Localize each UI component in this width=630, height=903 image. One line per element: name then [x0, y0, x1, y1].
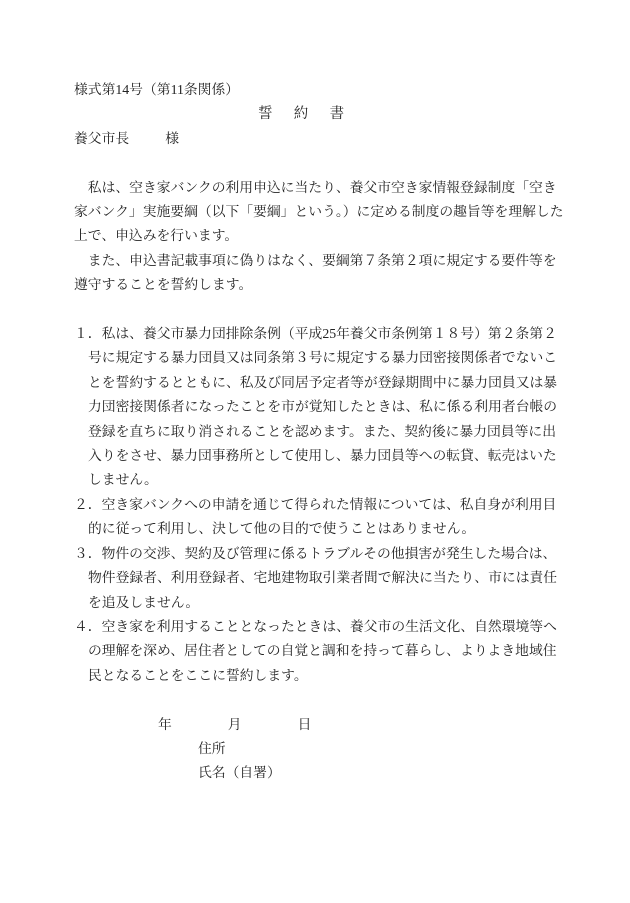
document-content: 様式第14号（第11条関係） 誓 約 書 養父市長様 私は、空き家バンクの利用申… — [0, 0, 630, 786]
pledge-item-4-line: ４．空き家を利用することとなったときは、養父市の生活文化、自然環境等へ — [74, 615, 578, 639]
pledge-item-3-line: を追及しません。 — [74, 591, 578, 615]
address-label: 住所 — [74, 737, 578, 761]
preamble-line-3: 上で、申込みを行います。 — [74, 224, 578, 248]
pledge-item-1-line: 力団密接関係者になったことを市が覚知したときは、私に係る利用者台帳の — [74, 395, 578, 419]
addressee-honorific: 様 — [165, 131, 179, 146]
pledge-item-2-line: ２．空き家バンクへの申請を通じて得られた情報については、私自身が利用目 — [74, 493, 578, 517]
addressee-line: 養父市長様 — [74, 127, 578, 151]
day-label: 日 — [298, 717, 312, 732]
pledge-document-page: 様式第14号（第11条関係） 誓 約 書 養父市長様 私は、空き家バンクの利用申… — [0, 0, 630, 903]
preamble-line-1: 私は、空き家バンクの利用申込に当たり、養父市空き家情報登録制度「空き — [74, 176, 578, 200]
addressee-name: 養父市長 — [74, 131, 129, 146]
spacer — [74, 688, 578, 712]
name-label: 氏名（自署） — [74, 761, 578, 785]
signature-date-line: 年月日 — [74, 713, 578, 737]
pledge-item-1-line: しません。 — [74, 468, 578, 492]
pledge-item-3-line: ３．物件の交渉、契約及び管理に係るトラブルその他損害が発生した場合は、 — [74, 542, 578, 566]
spacer — [74, 151, 578, 175]
pledge-item-4-line: の理解を深め、居住者としての自覚と調和を持って暮らし、よりよき地域住 — [74, 639, 578, 663]
preamble-line-2: 家バンク」実施要綱（以下「要綱」という。）に定める制度の趣旨等を理解した — [74, 200, 578, 224]
pledge-item-1-line: 登録を直ちに取り消されることを認めます。また、契約後に暴力団員等に出 — [74, 420, 578, 444]
year-label: 年 — [158, 717, 172, 732]
preamble-line-5: 遵守することを誓約します。 — [74, 273, 578, 297]
pledge-item-3-line: 物件登録者、利用登録者、宅地建物取引業者間で解決に当たり、市には責任 — [74, 566, 578, 590]
pledge-item-2-line: 的に従って利用し、決して他の目的で使うことはありません。 — [74, 517, 578, 541]
pledge-item-1-line: １．私は、養父市暴力団排除条例（平成25年養父市条例第１８号）第２条第２ — [74, 322, 578, 346]
document-title: 誓 約 書 — [74, 102, 578, 126]
pledge-item-1-line: 入りをさせ、暴力団事務所として使用し、暴力団員等への転貸、転売はいた — [74, 444, 578, 468]
form-number: 様式第14号（第11条関係） — [74, 78, 578, 102]
preamble-line-4: また、申込書記載事項に偽りはなく、要綱第７条第２項に規定する要件等を — [74, 249, 578, 273]
month-label: 月 — [228, 717, 242, 732]
spacer — [74, 298, 578, 322]
pledge-item-1-line: とを誓約するとともに、私及び同居予定者等が登録期間中に暴力団員又は暴 — [74, 371, 578, 395]
pledge-item-1-line: 号に規定する暴力団員又は同条第３号に規定する暴力団密接関係者でないこ — [74, 346, 578, 370]
pledge-item-4-line: 民となることをここに誓約します。 — [74, 664, 578, 688]
